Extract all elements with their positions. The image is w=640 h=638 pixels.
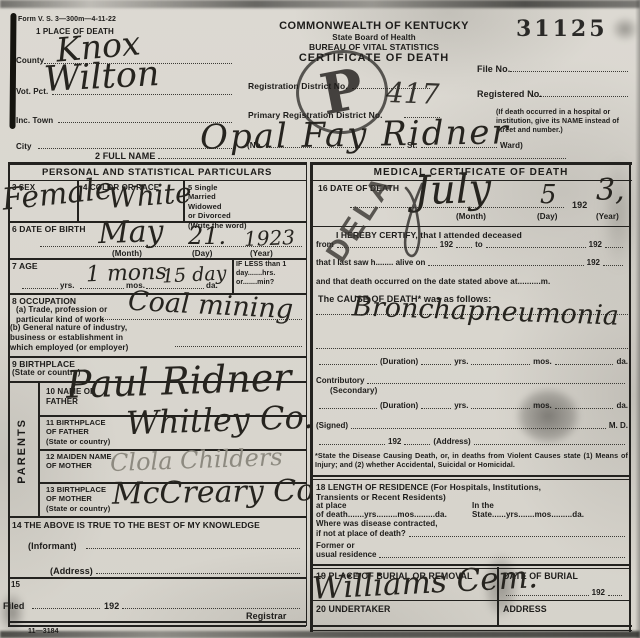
mother-birthplace-label: 13 BIRTHPLACE OF MOTHER (State or countr…: [46, 485, 110, 513]
contracted-line: Where was disease contracted,: [316, 519, 438, 529]
undertaker-address-label: ADDRESS: [503, 604, 547, 615]
mother-birthplace-handwritten: McCreary Co: [112, 476, 315, 510]
file-no-line: [510, 66, 628, 72]
duration-row-2: (Duration)yrs.mos.da.: [316, 401, 628, 410]
informant-address-line: [96, 568, 300, 574]
occupation-b-line: [175, 341, 302, 347]
parents-bottom-rule: [8, 516, 306, 518]
corner-smudge: [606, 12, 640, 46]
item15-number: 15: [11, 580, 20, 590]
duration1-mos-line: [471, 364, 530, 365]
occupation-handwritten: Coal mining: [127, 288, 293, 324]
signed-label: (Signed): [316, 421, 348, 430]
to-year-line: [605, 247, 623, 248]
father-birthplace-handwritten: Whitley Co.: [125, 401, 313, 440]
serial-number: 31125: [516, 16, 608, 42]
inc-town-label: Inc. Town: [16, 116, 53, 126]
father-birthplace-label: 11 BIRTHPLACE OF FATHER (State or countr…: [46, 418, 110, 446]
dod-year-prefix: 192: [572, 200, 587, 211]
scan-edge-left-bar: [9, 13, 16, 129]
commonwealth-title: COMMONWEALTH OF KENTUCKY: [268, 20, 480, 34]
mother-maiden-label: 12 MAIDEN NAME OF MOTHER: [46, 452, 112, 471]
duration1-yrs-line: [421, 364, 451, 365]
dob-month-handwritten: May: [97, 217, 164, 249]
signed-year-line: [404, 444, 430, 445]
signed-year-prefix: 192: [388, 437, 401, 446]
if-less-note: IF LESS than 1 day.......hrs. or.......m…: [236, 261, 286, 287]
from-year-prefix: 192: [440, 240, 453, 249]
age-yrs-caption: yrs.: [60, 281, 75, 291]
duration2-da: da.: [616, 401, 628, 410]
from-year-line: [456, 247, 472, 248]
residence-label: 18 LENGTH OF RESIDENCE (For Hospitals, I…: [316, 482, 628, 503]
scan-edge-top: [0, 0, 640, 8]
scan-edge-right: [635, 0, 640, 638]
form-number: Form V. S. 3—300m—4-11-22: [18, 16, 116, 25]
cause-handwritten: Bronchapneumonia: [352, 293, 620, 329]
duration1-mos: mos.: [533, 357, 552, 366]
signed-line: [351, 428, 606, 429]
duration1-label: (Duration): [380, 357, 418, 366]
residence-top-rule-2: [313, 479, 629, 480]
father-name-handwritten: Paul Ridner: [65, 358, 292, 404]
undertaker-label: 20 UNDERTAKER: [316, 604, 390, 615]
sex-handwritten: Female: [1, 174, 114, 215]
duration1-lead-line: [319, 364, 377, 365]
occupation-a-label: (a) Trade, profession or particular kind…: [16, 305, 107, 325]
duration1-yrs: yrs.: [454, 357, 468, 366]
usual-residence-line: [379, 557, 625, 558]
signed-address-line: [474, 444, 625, 445]
duration2-yrs-line: [421, 408, 451, 409]
occupation-b-label: (b) General nature of industry, business…: [10, 323, 128, 353]
duration2-mos-line: [471, 408, 530, 409]
if-not-label: if not at place of death?: [316, 529, 406, 538]
left-bottom-rule-2: [8, 625, 306, 627]
filed-year-prefix: 192: [104, 601, 119, 612]
burial-date-line: [506, 595, 589, 596]
informant-label: (Informant): [28, 541, 77, 552]
parents-vertical-label: PARENTS: [16, 416, 30, 486]
if-not-row: if not at place of death?: [316, 529, 628, 538]
if-less-box-divider: [232, 258, 234, 293]
dob-year-handwritten: 1923: [244, 227, 296, 249]
burial-year-line: [608, 595, 622, 596]
to-year-prefix: 192: [589, 240, 602, 249]
state-line: State......yrs.......mos.........da.: [472, 510, 584, 520]
contributory-row: Contributory: [316, 376, 628, 385]
death-certificate-scan: Form V. S. 3—300m—4-11-22 1 PLACE OF DEA…: [0, 0, 640, 638]
form-footer-code: 11—3184: [28, 628, 59, 637]
dod-day-caption: (Day): [537, 212, 558, 222]
dod-day-handwritten: 5: [540, 182, 557, 208]
informant-address-label: (Address): [50, 566, 93, 577]
cause-footnote: *State the Disease Causing Death, or, in…: [315, 451, 628, 470]
md-label: M. D.: [609, 421, 628, 430]
undertaker-top-rule: [313, 600, 629, 601]
death-at-text: and that death occurred on the date stat…: [316, 277, 628, 287]
secondary-caption: (Secondary): [330, 386, 377, 396]
hospital-note: (If death occurred in a hospital or inst…: [496, 108, 634, 135]
right-col-right-border: [629, 162, 631, 632]
dod-year-caption: (Year): [596, 212, 619, 222]
vot-pct-handwritten: Wilton: [43, 57, 160, 98]
duration-row-1: (Duration)yrs.mos.da.: [316, 357, 628, 366]
city-label: City: [16, 142, 32, 152]
to-label: to: [475, 240, 483, 249]
last-saw-year-line: [603, 265, 623, 266]
file-no-label: File No.: [477, 64, 510, 75]
registrar-stamp-letter: P: [315, 56, 369, 129]
age-months-handwritten: 1 mons: [86, 262, 167, 287]
filed-year-line: [122, 603, 300, 609]
last-saw-year-prefix: 192: [587, 258, 600, 267]
vot-pct-label: Vot. Pct.: [16, 87, 48, 97]
left-col-left-border: [8, 162, 10, 626]
usual-residence-row: usual residence: [316, 550, 628, 559]
full-name-label: 2 FULL NAME: [95, 151, 155, 162]
mother-maiden-handwritten: Clola Childers: [110, 445, 283, 475]
usual-label: usual residence: [316, 550, 376, 559]
duration2-da-line: [555, 408, 614, 409]
primary-registration-handwritten: 417: [386, 79, 440, 109]
duration2-label: (Duration): [380, 401, 418, 410]
signed-date-lead-line: [319, 444, 385, 445]
last-saw-row: that I last saw h........ alive on192: [316, 258, 626, 267]
dod-month-caption: (Month): [456, 212, 486, 222]
duration2-lead-line: [319, 408, 377, 409]
if-not-line: [409, 536, 625, 537]
left-col-right-border: [306, 162, 308, 626]
filed-label: Filed: [3, 601, 25, 612]
duration2-mos: mos.: [533, 401, 552, 410]
age-yrs-line: [22, 283, 58, 289]
filed-date-line: [32, 603, 100, 609]
scan-edge-bottom: [0, 631, 640, 638]
contributory-line: [367, 383, 625, 384]
registered-no-line: [532, 91, 628, 97]
dod-year-handwritten: 3,: [596, 176, 625, 206]
left-col-top-rule: [8, 162, 307, 165]
cause-line-2: [316, 343, 628, 349]
dob-day-handwritten: 21.: [188, 224, 226, 248]
filed-top-rule: [8, 577, 306, 579]
signed-address-label: (Address): [433, 437, 470, 446]
residence-top-rule-1: [313, 475, 629, 477]
duration2-yrs: yrs.: [454, 401, 468, 410]
county-label: County: [16, 56, 44, 66]
burial-year-prefix: 192: [592, 588, 605, 597]
duration1-da: da.: [616, 357, 628, 366]
age-label: 7 AGE: [12, 261, 38, 272]
contributory-label: Contributory: [316, 376, 364, 385]
signed-date-row: 192(Address): [316, 437, 628, 446]
attest-label: 14 THE ABOVE IS TRUE TO THE BEST OF MY K…: [12, 520, 306, 531]
signed-row: (Signed)M. D.: [316, 421, 628, 430]
burial-date-row: 192: [503, 588, 625, 597]
right-bottom-rule-1: [310, 625, 632, 627]
right-col-top-rule: [310, 162, 632, 165]
dob-label: 6 DATE OF BIRTH: [12, 224, 86, 235]
age-days-handwritten: 15 day: [162, 264, 227, 286]
pen-flourish: [392, 182, 440, 266]
race-handwritten: White: [107, 179, 192, 213]
right-bottom-rule-2: [310, 630, 632, 632]
to-date-line: [486, 247, 586, 248]
informant-line: [86, 543, 300, 549]
burial-place-handwritten: Williams Cem.: [311, 562, 538, 605]
left-bottom-rule-1: [8, 621, 306, 623]
duration1-da-line: [555, 364, 614, 365]
last-saw-line: [428, 265, 583, 266]
